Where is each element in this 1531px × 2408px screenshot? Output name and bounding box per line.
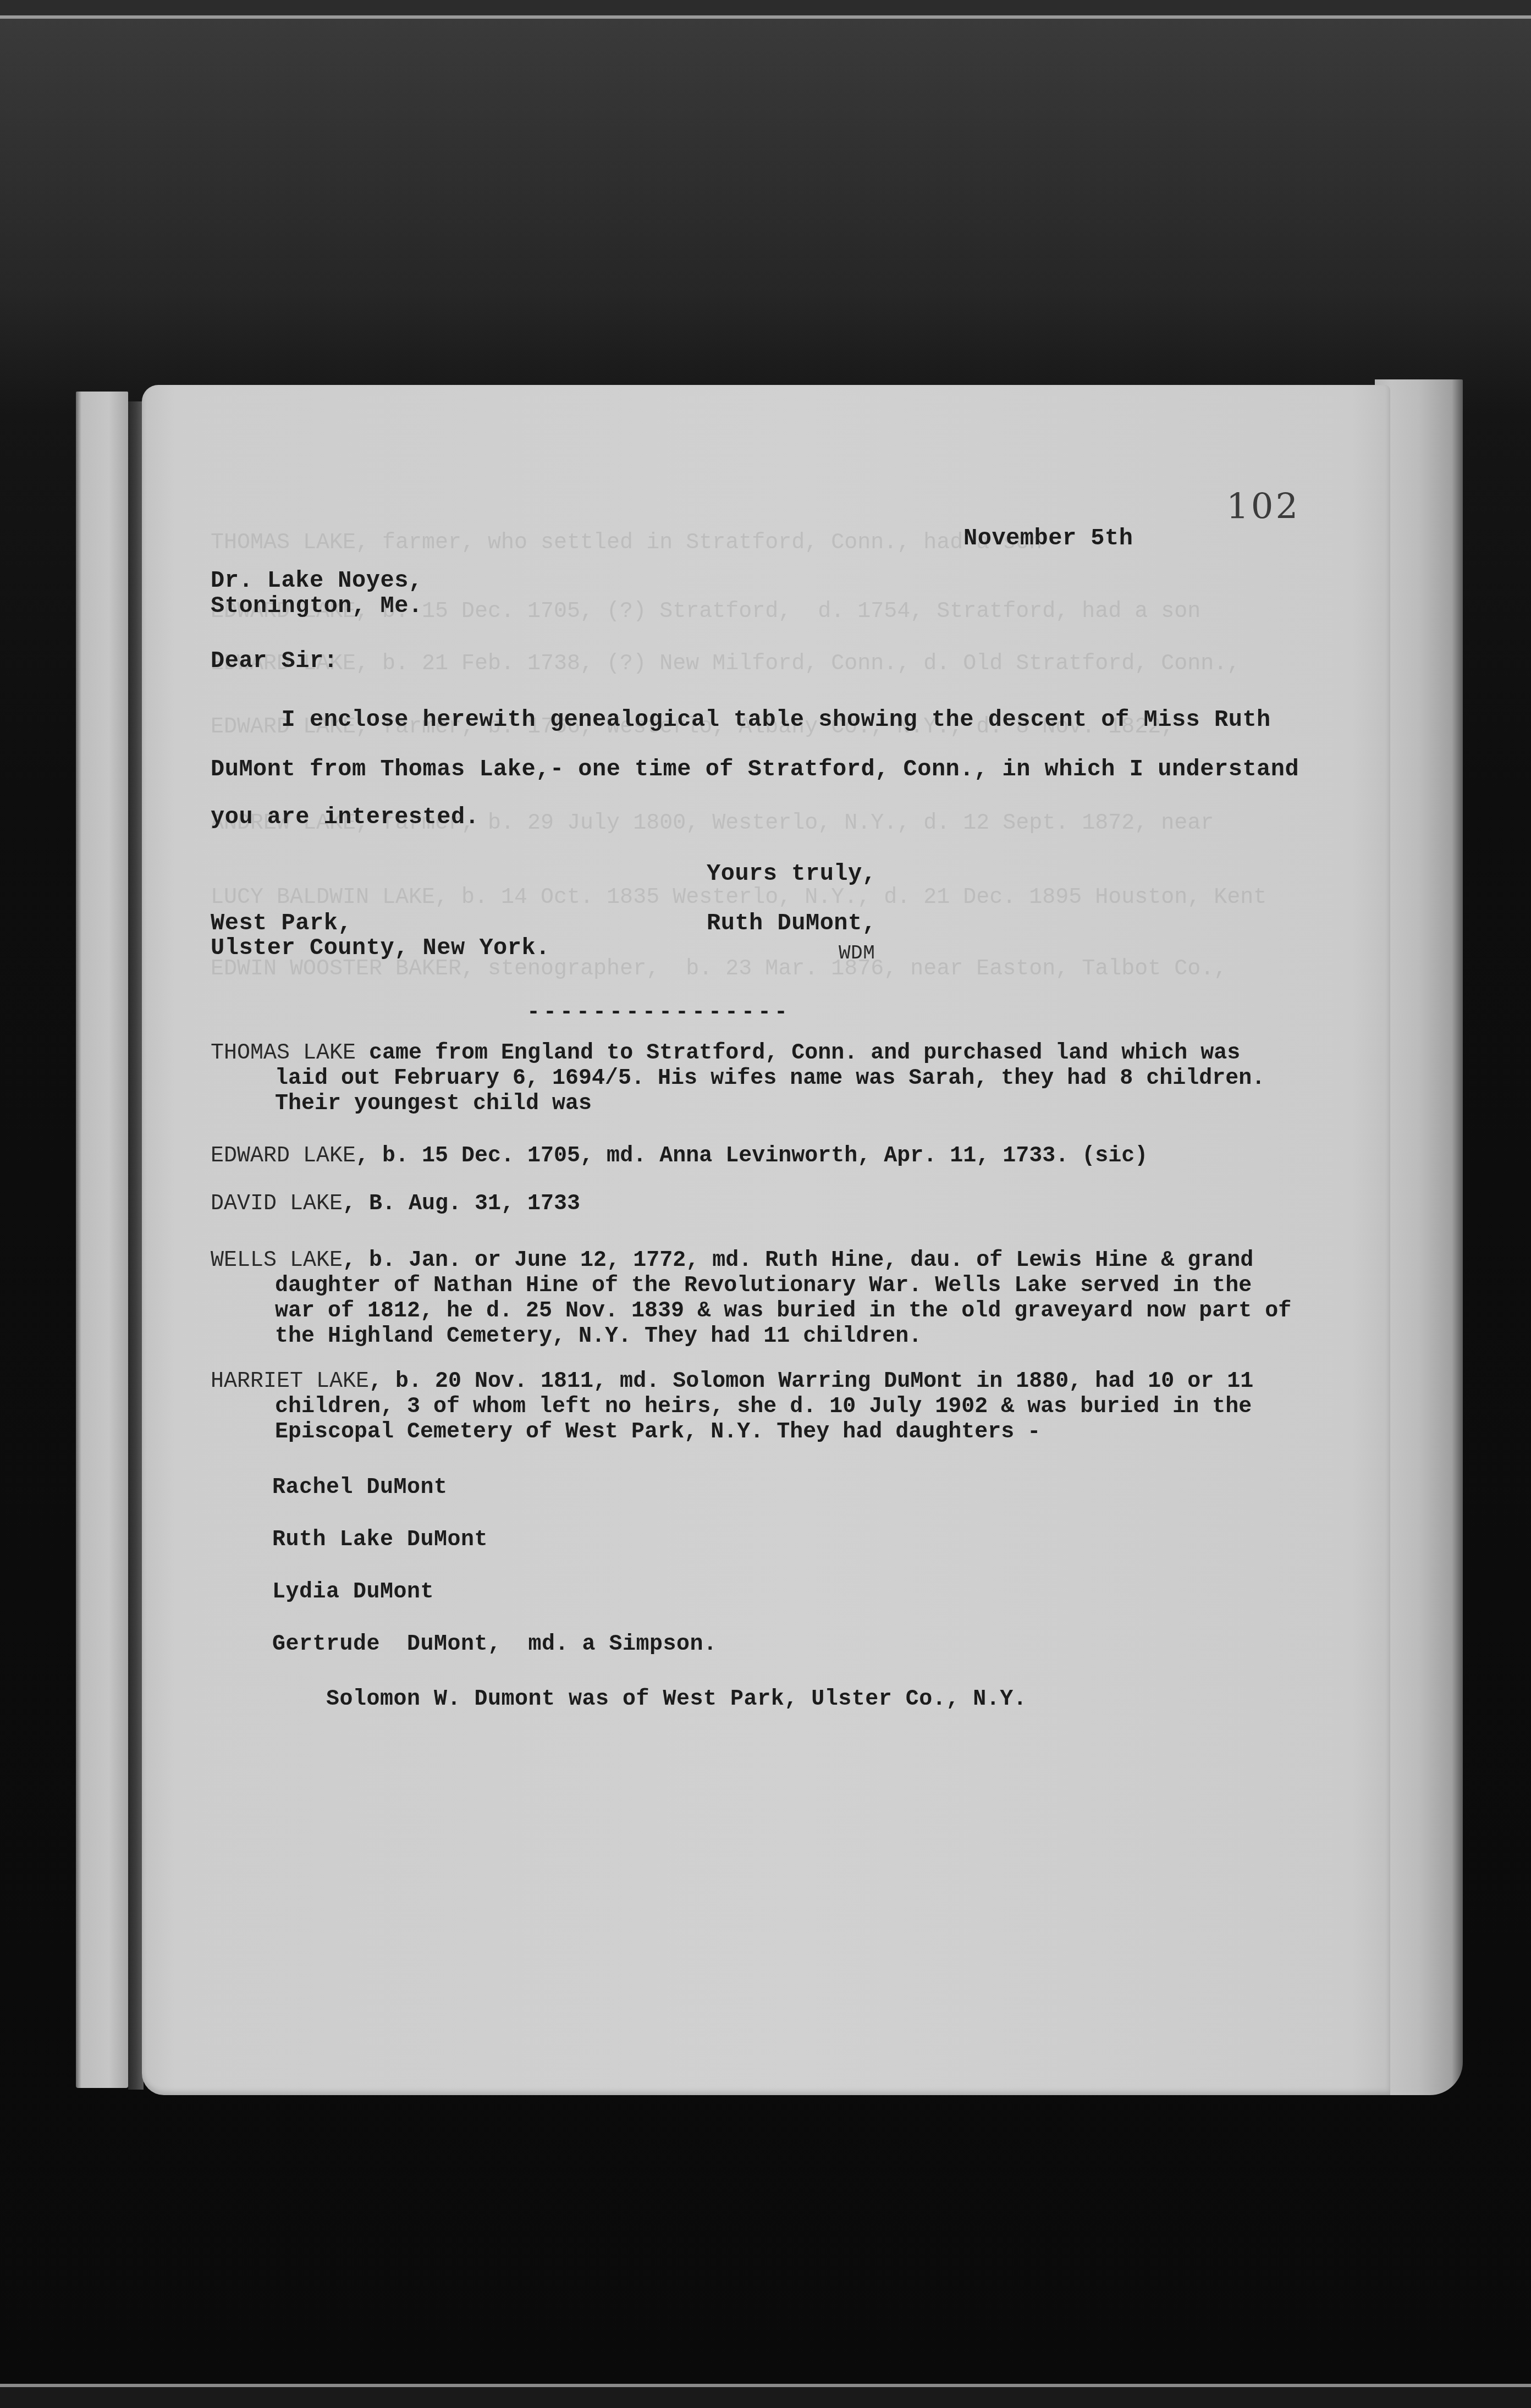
page-number: 102 — [1226, 489, 1300, 525]
genealogy-entry-wells-lake: WELLS LAKE, b. Jan. or June 12, 1772, md… — [211, 1248, 1299, 1349]
letter-date: November 5th — [963, 525, 1133, 552]
genealogy-entry-harriet-lake: HARRIET LAKE, b. 20 Nov. 1811, md. Solom… — [211, 1369, 1299, 1445]
entry-name: WELLS LAKE — [211, 1248, 343, 1273]
letter-body-line: you are interested. — [211, 804, 479, 830]
film-top-strip — [0, 0, 1531, 15]
bleed-through-line: LUCY BALDWIN LAKE, b. 14 Oct. 1835 Weste… — [211, 885, 1266, 911]
previous-page-edge — [76, 392, 128, 2088]
daughter-entry: Gertrude DuMont, md. a Simpson. — [272, 1632, 717, 1658]
closing: Yours truly, — [707, 861, 876, 887]
book-gutter — [128, 401, 144, 2090]
entry-text: , b. 20 Nov. 1811, md. Solomon Warring D… — [369, 1369, 1253, 1394]
typist-initials: WDM — [839, 940, 875, 967]
letter-body-line: DuMont from Thomas Lake,- one time of St… — [211, 756, 1299, 783]
document-page — [142, 385, 1390, 2095]
entry-continuation: children, 3 of whom left no heirs, she d… — [211, 1395, 1299, 1445]
recipient-location: Stonington, Me. — [211, 593, 423, 619]
genealogy-entry-thomas-lake: THOMAS LAKE came from England to Stratfo… — [211, 1041, 1299, 1117]
entry-name: THOMAS LAKE — [211, 1041, 356, 1066]
footnote: Solomon W. Dumont was of West Park, Ulst… — [326, 1687, 1027, 1713]
sender-address-line1: West Park, — [211, 910, 352, 936]
bleed-through-line: EDWARD LAKE, b. 21 Feb. 1738, (?) New Mi… — [211, 652, 1240, 677]
entry-continuation: daughter of Nathan Hine of the Revolutio… — [211, 1274, 1299, 1349]
bleed-through-line: THOMAS LAKE, farmer, who settled in Stra… — [211, 531, 1042, 556]
genealogy-entry-david-lake: DAVID LAKE, B. Aug. 31, 1733 — [211, 1192, 1299, 1217]
entry-continuation: laid out February 6, 1694/5. His wifes n… — [211, 1066, 1299, 1117]
letter-body-line: I enclose herewith genealogical table sh… — [211, 707, 1271, 733]
signature: Ruth DuMont, — [707, 910, 876, 936]
sender-address-line2: Ulster County, New York. — [211, 935, 550, 961]
entry-name: DAVID LAKE — [211, 1192, 343, 1216]
recipient-name: Dr. Lake Noyes, — [211, 567, 423, 594]
entry-name: EDWARD LAKE — [211, 1144, 356, 1169]
daughter-entry: Rachel DuMont — [272, 1475, 448, 1501]
section-divider: ---------------- — [527, 1002, 791, 1024]
entry-text: , b. 15 Dec. 1705, md. Anna Levinworth, … — [356, 1144, 1148, 1169]
film-bottom-strip — [0, 2387, 1531, 2408]
entry-text: , B. Aug. 31, 1733 — [343, 1192, 580, 1216]
genealogy-entry-edward-lake: EDWARD LAKE, b. 15 Dec. 1705, md. Anna L… — [211, 1144, 1299, 1169]
daughter-entry: Lydia DuMont — [272, 1579, 434, 1606]
daughter-entry: Ruth Lake DuMont — [272, 1527, 488, 1553]
salutation: Dear Sir: — [211, 648, 338, 674]
entry-text: , b. Jan. or June 12, 1772, md. Ruth Hin… — [343, 1248, 1253, 1273]
entry-name: HARRIET LAKE — [211, 1369, 369, 1394]
entry-text: came from England to Stratford, Conn. an… — [356, 1041, 1240, 1066]
